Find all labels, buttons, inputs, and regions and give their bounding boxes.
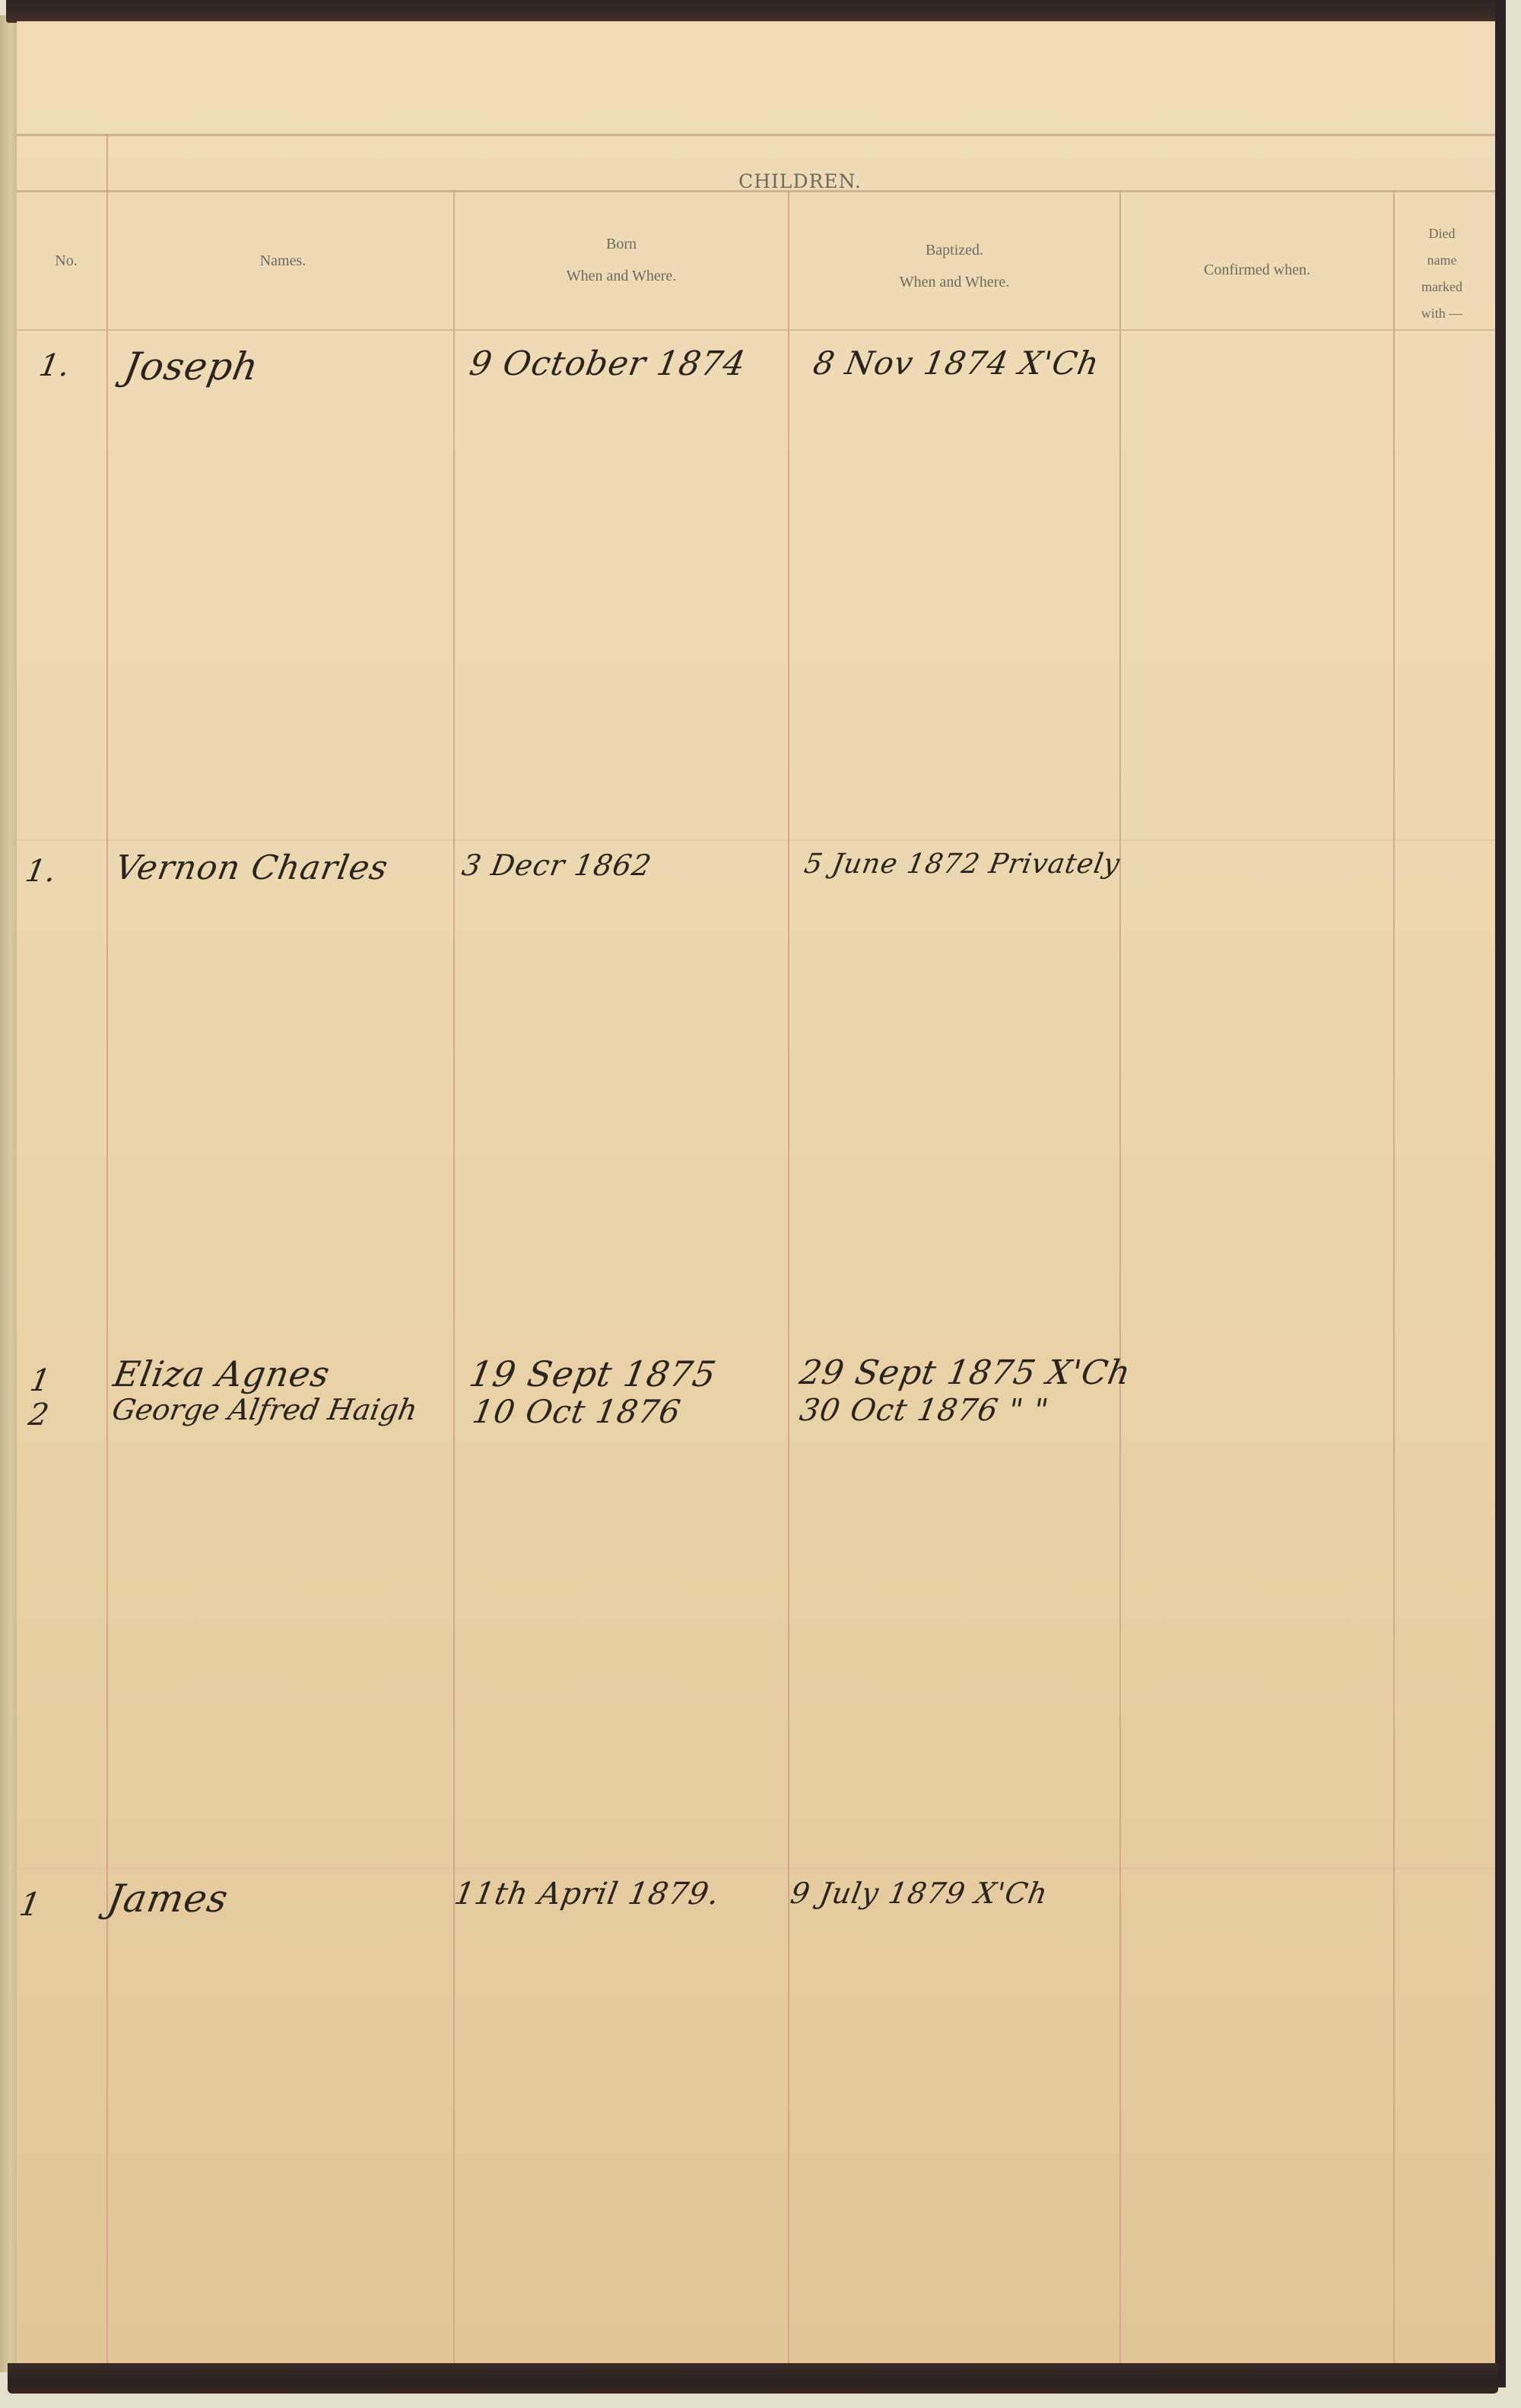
book-cover-bottom — [8, 2363, 1498, 2394]
entry-3-name: Eliza Agnes — [110, 1353, 333, 1394]
rule-col-no — [106, 134, 108, 2365]
scanned-register-page: CHILDREN. No. Names. Born When and Where… — [0, 0, 1521, 2408]
book-cover-top — [6, 0, 1500, 23]
rule-col-born — [788, 190, 789, 2365]
entry-5-name: James — [104, 1877, 232, 1921]
entry-4-no: 2 — [26, 1398, 52, 1432]
rule-col-names — [453, 190, 455, 2365]
entry-3-born: 19 Sept 1875 — [466, 1353, 719, 1394]
rule-col-confirmed — [1393, 190, 1395, 2365]
column-header-died: Died name marked with — — [1396, 220, 1488, 327]
entry-3-no: 1 — [27, 1363, 54, 1398]
rule-header-bottom — [17, 329, 1495, 331]
rule-row-faint-2 — [17, 1867, 1495, 1869]
entry-4-baptized: 30 Oct 1876 " " — [797, 1393, 1052, 1428]
column-header-names: Names. — [123, 249, 443, 273]
entry-5-born: 11th April 1879. — [452, 1877, 722, 1911]
entry-5-baptized: 9 July 1879 X'Ch — [788, 1877, 1050, 1910]
entry-2-no: 1. — [23, 854, 59, 889]
entry-2-name: Vernon Charles — [113, 849, 392, 887]
entry-3-baptized: 29 Sept 1875 X'Ch — [797, 1353, 1134, 1392]
entry-2-baptized: 5 June 1872 Privately — [802, 849, 1122, 880]
rule-col-baptized — [1119, 190, 1121, 2365]
column-header-no: No. — [32, 249, 100, 273]
book-cover-right — [1495, 0, 1506, 2387]
section-title: CHILDREN. — [678, 170, 922, 192]
column-header-born: Born When and Where. — [458, 228, 785, 292]
rule-top — [17, 134, 1495, 136]
rule-row-faint-1 — [17, 839, 1495, 841]
entry-1-baptized: 8 Nov 1874 X'Ch — [811, 344, 1103, 382]
entry-4-born: 10 Oct 1876 — [470, 1393, 684, 1430]
entry-5-no: 1 — [17, 1886, 44, 1923]
column-header-confirmed: Confirmed when. — [1124, 259, 1390, 282]
column-header-baptized: Baptized. When and Where. — [792, 234, 1116, 298]
entry-4-name: George Alfred Haigh — [110, 1393, 420, 1426]
entry-1-no: 1. — [37, 348, 73, 383]
register-page: CHILDREN. No. Names. Born When and Where… — [17, 21, 1495, 2365]
left-page-edge — [0, 15, 17, 2372]
entry-2-born: 3 Decr 1862 — [459, 849, 654, 882]
entry-1-name: Joseph — [121, 344, 262, 389]
entry-1-born: 9 October 1874 — [467, 344, 749, 383]
